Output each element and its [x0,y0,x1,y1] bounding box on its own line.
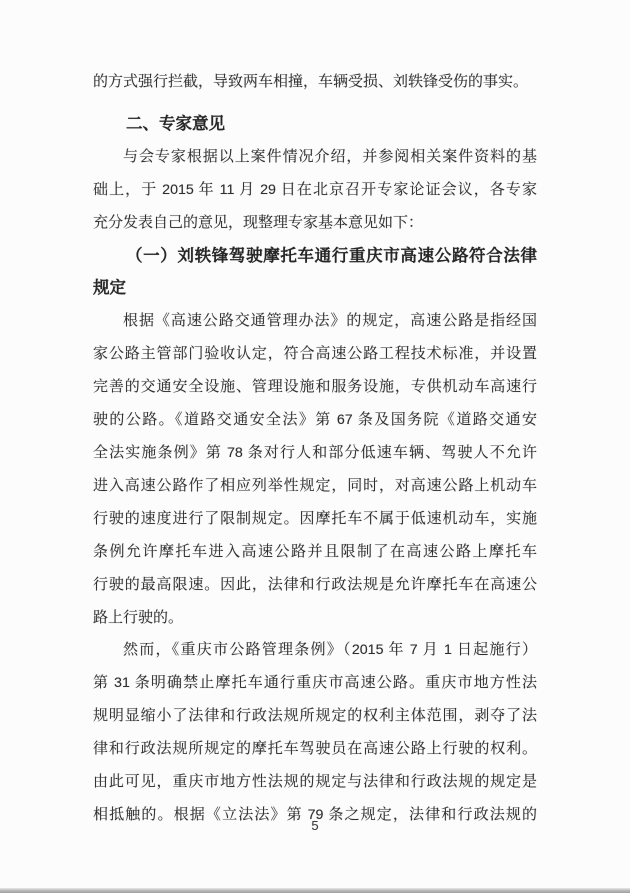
text-line: 行驶的最高限速。因此，法律和行政法规是允许摩托车在高速公 [93,569,537,602]
text-line: 家公路主管部门验收认定，符合高速公路工程技术标准，并设置 [93,338,537,371]
text-line: 驶的公路。《道路交通安全法》第 67 条及国务院《道路交通安 [93,404,537,437]
text-line: 进入高速公路作了相应列举性规定，同时，对高速公路上机动车 [93,470,537,503]
text-line: 全法实施条例》第 78 条对行人和部分低速车辆、驾驶人不允许 [93,437,537,470]
text-line: 与会专家根据以上案件情况介绍，并参阅相关案件资料的基 [93,141,537,174]
text-line: 充分发表自己的意见，现整理专家基本意见如下： [93,207,537,240]
text-line: 律和行政法规所规定的摩托车驾驶员在高速公路上行驶的权利。 [93,733,537,766]
scan-bottom-edge [0,888,630,893]
document-lines: 的方式强行拦截，导致两车相撞，车辆受损、刘轶锋受伤的事实。二、专家意见与会专家根… [93,66,537,832]
text-line: 础上，于 2015 年 11 月 29 日在北京召开专家论证会议，各专家 [93,174,537,207]
text-line: 规明显缩小了法律和行政法规所规定的权利主体范围，剥夺了法 [93,700,537,733]
text-line: 由此可见，重庆市地方性法规的规定与法律和行政法规的规定是 [93,766,537,799]
text-line: 行驶的速度进行了限制规定。因摩托车不属于低速机动车，实施 [93,503,537,536]
text-line: 条例允许摩托车进入高速公路并且限制了在高速公路上摩托车 [93,536,537,569]
text-line: 的方式强行拦截，导致两车相撞，车辆受损、刘轶锋受伤的事实。 [93,66,537,99]
section-heading: 二、专家意见 [93,108,537,141]
page-number: 5 [0,818,630,833]
text-line: 然而，《重庆市公路管理条例》（2015 年 7 月 1 日起施行） [93,634,537,667]
text-line: 完善的交通安全设施、管理设施和服务设施，专供机动车高速行 [93,371,537,404]
scanned-document-page: 的方式强行拦截，导致两车相撞，车辆受损、刘轶锋受伤的事实。二、专家意见与会专家根… [0,0,630,893]
text-line: 路上行驶的。 [93,602,537,635]
text-line: 根据《高速公路交通管理办法》的规定，高速公路是指经国 [93,305,537,338]
text-line: 第 31 条明确禁止摩托车通行重庆市高速公路。重庆市地方性法 [93,667,537,700]
section-heading: （一）刘轶锋驾驶摩托车通行重庆市高速公路符合法律规定 [93,240,537,306]
